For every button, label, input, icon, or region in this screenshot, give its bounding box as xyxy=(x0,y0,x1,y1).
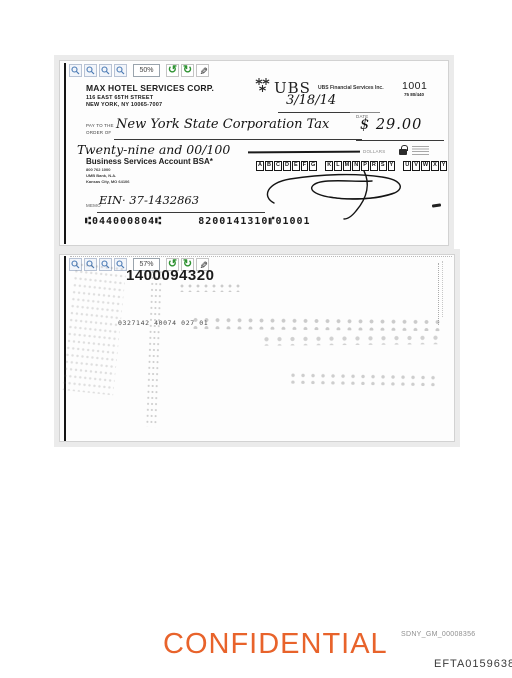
check-number: 1001 xyxy=(402,80,427,92)
pay-to-label-line2: ORDER OF xyxy=(86,130,114,137)
check-front-scan: 50% ↺ ↻ ✎ MAX HOTEL SERVICES CORP. 116 E… xyxy=(59,60,449,246)
security-letter: V xyxy=(412,161,420,171)
annotate-pen-icon[interactable]: ✎ xyxy=(196,64,209,77)
endorsement-stamp-artifact xyxy=(438,263,439,325)
date-handwritten: 3/18/14 xyxy=(286,93,336,108)
payer-address-line1: 116 EAST 65TH STREET xyxy=(86,95,214,102)
security-letter: W xyxy=(421,161,430,171)
bank-name: UBS Financial Services Inc. xyxy=(318,85,384,91)
check-fraction: 75 80/440 xyxy=(404,92,424,97)
date-line xyxy=(278,112,354,113)
micr-onus: 8200141310⑈01001 xyxy=(198,216,310,227)
scan-top-artifact xyxy=(70,256,452,257)
ubs-keys-icon xyxy=(254,77,271,98)
scan-noise xyxy=(145,269,163,427)
security-lock-icon xyxy=(399,149,407,155)
zoom-level-field[interactable]: 50% xyxy=(133,64,160,77)
check-back-panel: 57% ↺ ↻ ✎ 1400094320 0327142 40074 027 0… xyxy=(54,249,460,447)
amount-numeric-handwritten: $ 29.00 xyxy=(360,117,422,133)
security-features-fineprint xyxy=(412,146,429,155)
security-letter: Z xyxy=(448,161,449,171)
memo-line xyxy=(97,212,265,213)
scan-noise xyxy=(178,283,240,292)
scan-noise xyxy=(190,316,442,331)
amount-words-strike-line xyxy=(248,151,360,153)
payee-line xyxy=(114,139,362,140)
document-page: 50% ↺ ↻ ✎ MAX HOTEL SERVICES CORP. 116 E… xyxy=(0,0,512,678)
zoom-in-icon[interactable] xyxy=(69,64,82,77)
viewer-toolbar-front: 50% ↺ ↻ ✎ xyxy=(69,64,209,77)
rotate-right-icon[interactable]: ↻ xyxy=(181,64,194,77)
zoom-actual-icon[interactable] xyxy=(114,64,127,77)
scan-mark xyxy=(432,203,441,207)
micr-routing: ⑆044000804⑆ xyxy=(85,216,162,227)
security-letter: X xyxy=(431,161,439,171)
zoom-fit-icon[interactable] xyxy=(99,64,112,77)
amount-line xyxy=(356,140,444,141)
security-letter: Y xyxy=(440,161,448,171)
bates-number-top: SDNY_GM_00008356 xyxy=(401,631,475,638)
bates-number-bottom: EFTA01596382 xyxy=(434,658,512,670)
payer-name: MAX HOTEL SERVICES CORP. xyxy=(86,83,214,93)
confidential-stamp: CONFIDENTIAL xyxy=(163,628,388,661)
check-back-scan: 57% ↺ ↻ ✎ 1400094320 0327142 40074 027 0… xyxy=(59,254,455,442)
scan-edge-line xyxy=(64,63,66,244)
memo-handwritten: EIN· 37-1432863 xyxy=(99,193,199,207)
payee-handwritten: New York State Corporation Tax xyxy=(116,117,329,132)
scan-noise xyxy=(260,334,442,346)
dollars-label: DOLLARS xyxy=(363,149,385,154)
scan-noise xyxy=(61,261,126,396)
check-front-panel: 50% ↺ ↻ ✎ MAX HOTEL SERVICES CORP. 116 E… xyxy=(54,55,454,251)
scan-noise xyxy=(288,372,440,387)
payer-address-line2: NEW YORK, NY 10065-7007 xyxy=(86,102,214,109)
account-type: Business Services Account BSA* xyxy=(86,157,213,166)
bank-processing-line: 0327142 40074 027 01 xyxy=(118,319,208,327)
amount-words-handwritten: Twenty-nine and 00/100 xyxy=(77,142,230,157)
endorsement-sequence-number: 1400094320 xyxy=(126,267,214,284)
bank-detail-line2: Kansas City, MO 64106 xyxy=(86,179,130,185)
pay-to-label-line1: PAY TO THE xyxy=(86,123,114,130)
date-label-line xyxy=(350,112,380,113)
zoom-out-icon[interactable] xyxy=(84,64,97,77)
rotate-left-icon[interactable]: ↺ xyxy=(166,64,179,77)
endorsement-stamp-artifact xyxy=(442,261,443,317)
